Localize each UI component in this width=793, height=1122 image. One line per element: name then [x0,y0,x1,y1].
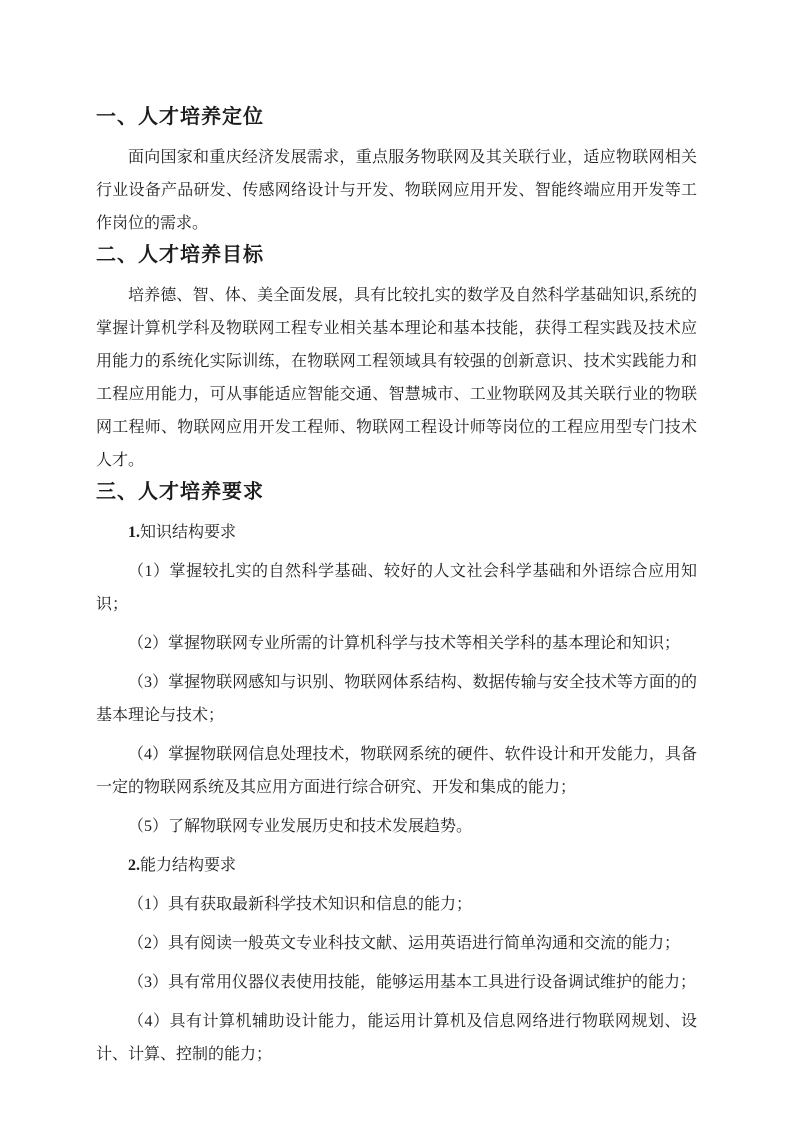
subsection-1-heading: 1.知识结构要求 [96,516,697,549]
ability-item-1: （1）具有获取最新科学技术知识和信息的能力； [96,888,697,921]
knowledge-item-5: （5）了解物联网专业发展历史和技术发展趋势。 [96,810,697,843]
section-3-heading: 三、人才培养要求 [96,477,697,507]
knowledge-item-2: （2）掌握物联网专业所需的计算机科学与技术等相关学科的基本理论和知识； [96,627,697,660]
subsection-1-number: 1. [128,524,140,541]
ability-item-2: （2）具有阅读一般英文专业科技文献、运用英语进行简单沟通和交流的能力； [96,927,697,960]
knowledge-item-1: （1）掌握较扎实的自然科学基础、较好的人文社会科学基础和外语综合应用知识； [96,555,697,621]
knowledge-item-3: （3）掌握物联网感知与识别、物联网体系结构、数据传输与安全技术等方面的的基本理论… [96,666,697,732]
section-1-paragraph: 面向国家和重庆经济发展需求，重点服务物联网及其关联行业，适应物联网相关行业设备产… [96,141,697,240]
subsection-2-title: 能力结构要求 [140,857,236,874]
section-2-heading: 二、人才培养目标 [96,240,697,270]
subsection-2-heading: 2.能力结构要求 [96,849,697,882]
ability-item-3: （3）具有常用仪器仪表使用技能，能够运用基本工具进行设备调试维护的能力； [96,966,697,999]
document-page: 一、人才培养定位 面向国家和重庆经济发展需求，重点服务物联网及其关联行业，适应物… [0,0,793,1122]
subsection-2-number: 2. [128,857,140,874]
section-2-paragraph: 培养德、智、体、美全面发展，具有比较扎实的数学及自然科学基础知识,系统的掌握计算… [96,279,697,477]
section-1-heading: 一、人才培养定位 [96,102,697,132]
ability-item-4: （4）具有计算机辅助设计能力，能运用计算机及信息网络进行物联网规划、设计、计算、… [96,1005,697,1071]
knowledge-item-4: （4）掌握物联网信息处理技术，物联网系统的硬件、软件设计和开发能力，具备一定的物… [96,738,697,804]
subsection-1-title: 知识结构要求 [140,524,236,541]
